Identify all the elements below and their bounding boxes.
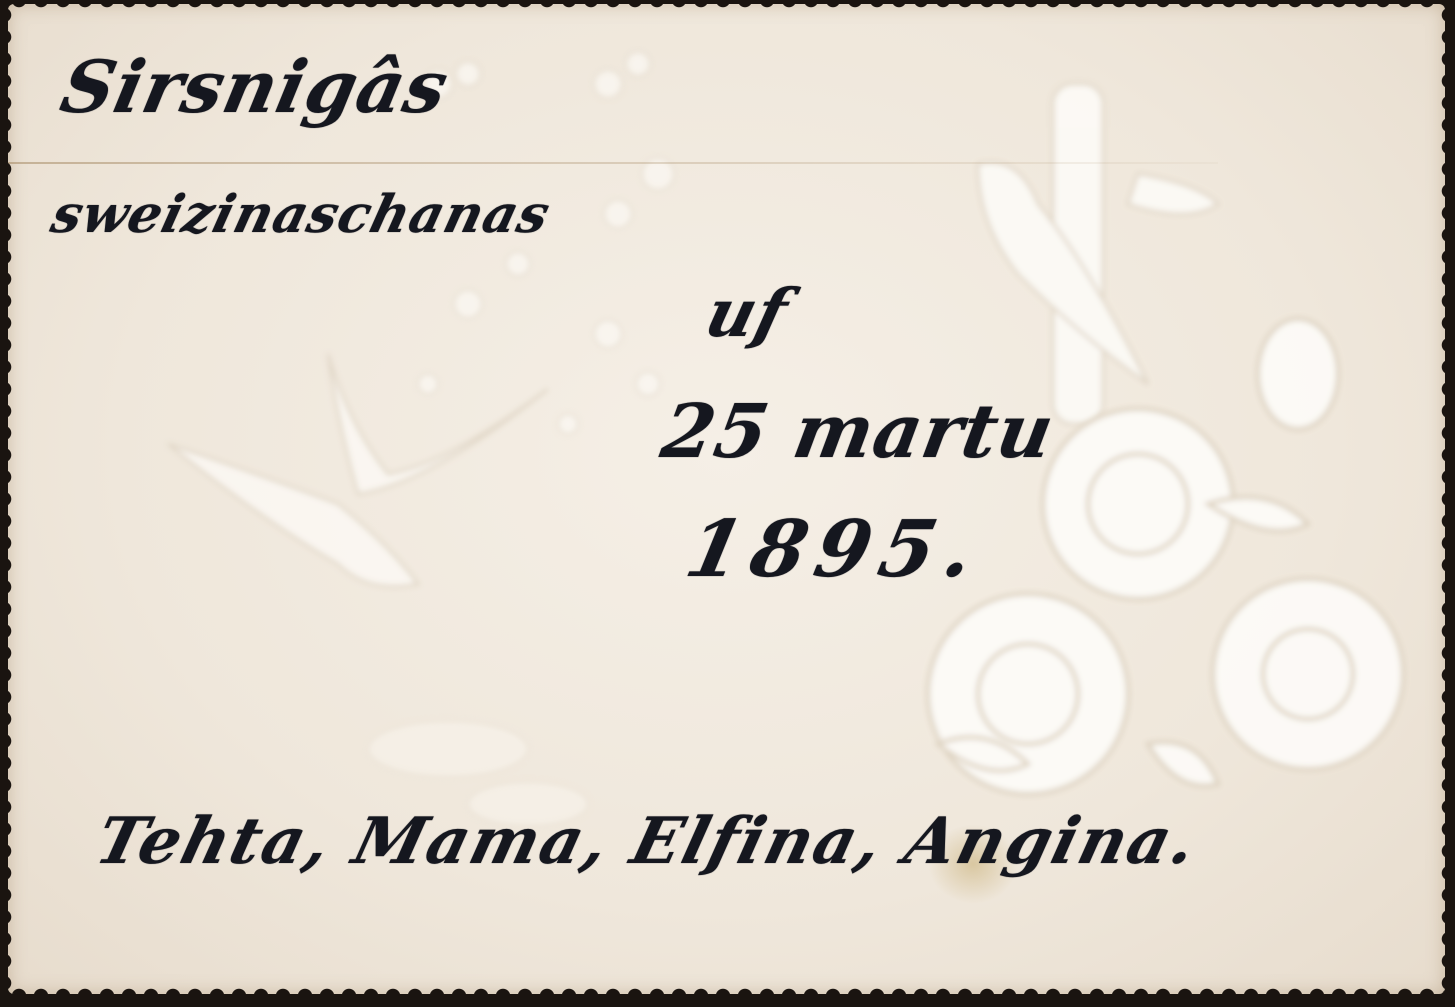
greeting-line-1: Sirsnigâs	[54, 44, 456, 129]
perched-swallow-icon	[978, 84, 1218, 424]
scalloped-edge-top	[8, 4, 1445, 14]
swallow-bird-icon	[168, 354, 548, 587]
scalloped-edge-left	[8, 4, 18, 994]
greeting-line-2: sweizinaschanas	[45, 184, 556, 245]
scalloped-edge-right	[1435, 4, 1445, 994]
signatures: Tehta, Mama, Elfina, Angina.	[89, 804, 1206, 879]
occasion-year: 1895.	[678, 504, 992, 595]
scalloped-edge-bottom	[8, 982, 1445, 994]
greeting-card: Sirsnigâs sweizinaschanas uf 25 martu 18…	[8, 4, 1445, 994]
fold-crease	[8, 162, 1218, 164]
occasion-date: 25 martu	[655, 389, 1060, 475]
